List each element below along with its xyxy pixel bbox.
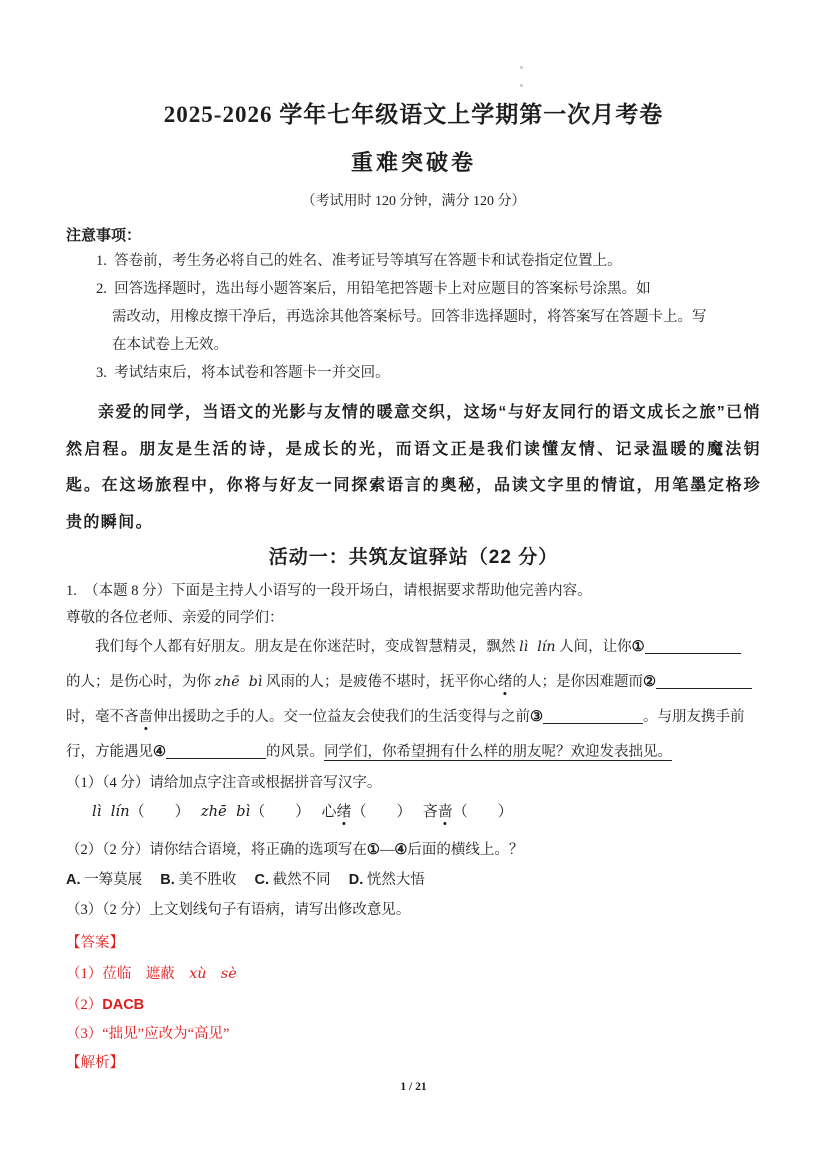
answer-blank: [656, 676, 752, 689]
bold-text: A.: [66, 872, 81, 888]
emphasized-char: 啬: [139, 709, 154, 725]
bold-text: B.: [160, 872, 175, 888]
text-segment: 的人；是伤心时，为你: [66, 674, 215, 690]
text-segment: 的人；是你因难题而: [512, 674, 643, 690]
page-content: 2025-2026 学年七年级语文上学期第一次月考卷 重难突破卷 （考试用时 1…: [0, 96, 827, 1078]
answer-blank: [645, 641, 741, 654]
question1-stem: 1. （本题 8 分）下面是主持人小语写的一段开场白，请根据要求帮助他完善内容。: [66, 579, 761, 603]
passage: 我们每个人都有好朋友。朋友是在你迷茫时，变成智慧精灵，飘然 lì lín 人间，…: [66, 630, 761, 770]
notice-item: 1. 答卷前，考生务必将自己的姓名、准考证号等填写在答题卡和试卷指定位置上。: [66, 247, 761, 275]
passage-line: 的人；是伤心时，为你 zhē bì 风雨的人；是疲倦不堪时，抚平你心绪的人；是你…: [66, 665, 761, 700]
answer-line: （2）DACB: [66, 991, 761, 1020]
notice-item-continuation: 需改动，用橡皮擦干净后，再选涂其他答案标号。回答非选择题时，将答案写在答题卡上。…: [66, 303, 761, 331]
exam-title: 2025-2026 学年七年级语文上学期第一次月考卷: [66, 96, 761, 129]
text-segment: 美不胜收: [175, 872, 255, 888]
text-segment: 1. 答卷前，考生务必将自己的姓名、准考证号等填写在答题卡和试卷指定位置上。: [96, 253, 622, 269]
text-segment: （ ） 吝: [351, 804, 437, 820]
text-segment: 恍然大悟: [363, 872, 425, 888]
underlined-sentence: 同学们，你希望拥有什么样的朋友呢？欢迎发表拙见。: [324, 744, 672, 760]
text-segment: 后面的横线上。？: [407, 842, 523, 858]
circled-number: ①: [632, 639, 645, 655]
exam-subtitle: 重难突破卷: [66, 146, 761, 177]
text-segment: （2）（2 分）请你结合语境，将正确的选项写在: [66, 842, 367, 858]
text-segment: 一筹莫展: [81, 872, 161, 888]
answer-line: （3）“拙见”应改为“高见”: [66, 1020, 761, 1049]
text-segment: （ ） 心: [250, 804, 336, 820]
exam-info: （考试用时 120 分钟，满分 120 分）: [66, 192, 761, 212]
passage-salutation: 尊敬的各位老师、亲爱的同学们：: [66, 606, 761, 630]
text-segment: 人间，让你: [555, 639, 631, 655]
text-segment: 我们每个人都有好朋友。朋友是在你迷茫时，变成智慧精灵，飘然: [66, 639, 519, 655]
text-segment: 。与朋友携手前: [643, 709, 745, 725]
pinyin-practice-row: lì lín（ ） zhē bì（ ） 心绪（ ） 吝啬（ ）: [66, 797, 761, 827]
pinyin-text: lì lín: [519, 639, 555, 655]
text-segment: 【解析】: [66, 1055, 124, 1071]
notice-item: 2. 回答选择题时，选出每小题答案后，用铅笔把答题卡上对应题目的答案标号涂黑。如: [66, 275, 761, 303]
section-header: 活动一：共筑友谊驿站（22 分）: [66, 543, 761, 573]
bold-text: D.: [349, 872, 364, 888]
scan-artifact-dot: [520, 84, 523, 87]
notice-heading: 注意事项：: [66, 225, 761, 247]
text-segment: （2）: [66, 997, 102, 1013]
text-segment: （ ）: [130, 804, 201, 820]
text-segment: （3）“拙见”应改为“高见”: [66, 1026, 230, 1042]
sub-question: （2）（2 分）请你结合语境，将正确的选项写在①—④后面的横线上。？: [66, 837, 761, 863]
text-segment: 【答案】: [66, 935, 124, 951]
text-segment: 2. 回答选择题时，选出每小题答案后，用铅笔把答题卡上对应题目的答案标号涂黑。如: [96, 281, 651, 297]
circled-number: ④: [153, 744, 166, 760]
emphasized-char: 绪: [498, 674, 513, 690]
text-segment: 时，毫不吝: [66, 709, 139, 725]
emphasized-char: 绪: [336, 804, 351, 820]
emphasized-char: 啬: [438, 804, 453, 820]
text-segment: 伸出援助之手的人。交一位益友会使我们的生活变得与之前: [153, 709, 530, 725]
circled-number: ②: [643, 674, 656, 690]
sub-question: （3）（2 分）上文划线句子有语病，请写出修改意见。: [66, 897, 761, 923]
scan-artifact-dot: [520, 66, 523, 69]
pinyin-text: xù: [189, 966, 206, 982]
pinyin-text: lì lín: [92, 803, 130, 820]
sub-question: （1）（4 分）请给加点字注音或根据拼音写汉字。: [66, 770, 761, 796]
text-segment: （ ）: [453, 804, 513, 820]
text-segment: —: [380, 842, 395, 858]
bold-text: C.: [255, 872, 270, 888]
pinyin-text: zhē bì: [201, 803, 250, 820]
answer-section: 【答案】（1）莅临 遮蔽 xù sè（2）DACB（3）“拙见”应改为“高见”【…: [66, 929, 761, 1078]
intro-paragraph: 亲爱的同学，当语文的光影与友情的暖意交织，这场“与好友同行的语文成长之旅”已悄然…: [66, 395, 761, 541]
text-segment: 3. 考试结束后，将本试卷和答题卡一并交回。: [96, 365, 390, 381]
text-segment: 的风景。: [266, 744, 324, 760]
text-segment: （1）莅临 遮蔽: [66, 966, 189, 982]
document-page: 2025-2026 学年七年级语文上学期第一次月考卷 重难突破卷 （考试用时 1…: [0, 0, 827, 1169]
text-segment: 风雨的人；是疲倦不堪时，抚平你心: [262, 674, 498, 690]
text-segment: [206, 966, 221, 982]
sub-questions: （1）（4 分）请给加点字注音或根据拼音写汉字。lì lín（ ） zhē bì…: [66, 770, 761, 923]
pinyin-text: zhē bì: [215, 674, 263, 690]
bold-text: DACB: [102, 997, 144, 1013]
answer-line: （1）莅临 遮蔽 xù sè: [66, 960, 761, 989]
circled-number: ①: [367, 842, 380, 858]
circled-number: ④: [394, 842, 407, 858]
pinyin-text: sè: [221, 966, 237, 982]
text-segment: 行，方能遇见: [66, 744, 153, 760]
passage-line: 时，毫不吝啬伸出援助之手的人。交一位益友会使我们的生活变得与之前③。与朋友携手前: [66, 700, 761, 735]
options-row: A. 一筹莫展 B. 美不胜收 C. 截然不同 D. 恍然大悟: [66, 867, 761, 893]
passage-line: 我们每个人都有好朋友。朋友是在你迷茫时，变成智慧精灵，飘然 lì lín 人间，…: [66, 630, 761, 665]
text-segment: 截然不同: [269, 872, 349, 888]
answer-blank: [543, 711, 643, 724]
answer-label: 【答案】: [66, 929, 761, 958]
text-segment: （3）（2 分）上文划线句子有语病，请写出修改意见。: [66, 902, 410, 918]
page-number: 1 / 21: [0, 1081, 827, 1093]
passage-line: 行，方能遇见④的风景。同学们，你希望拥有什么样的朋友呢？欢迎发表拙见。: [66, 735, 761, 770]
circled-number: ③: [530, 709, 543, 725]
notice-item-continuation: 在本试卷上无效。: [66, 331, 761, 359]
text-segment: 需改动，用橡皮擦干净后，再选涂其他答案标号。回答非选择题时，将答案写在答题卡上。…: [112, 309, 707, 325]
text-segment: （1）（4 分）请给加点字注音或根据拼音写汉字。: [66, 775, 381, 791]
notice-item: 3. 考试结束后，将本试卷和答题卡一并交回。: [66, 359, 761, 387]
text-segment: 在本试卷上无效。: [112, 337, 228, 353]
answer-blank: [166, 746, 266, 759]
analysis-label: 【解析】: [66, 1049, 761, 1078]
notice-list: 1. 答卷前，考生务必将自己的姓名、准考证号等填写在答题卡和试卷指定位置上。2.…: [66, 247, 761, 387]
